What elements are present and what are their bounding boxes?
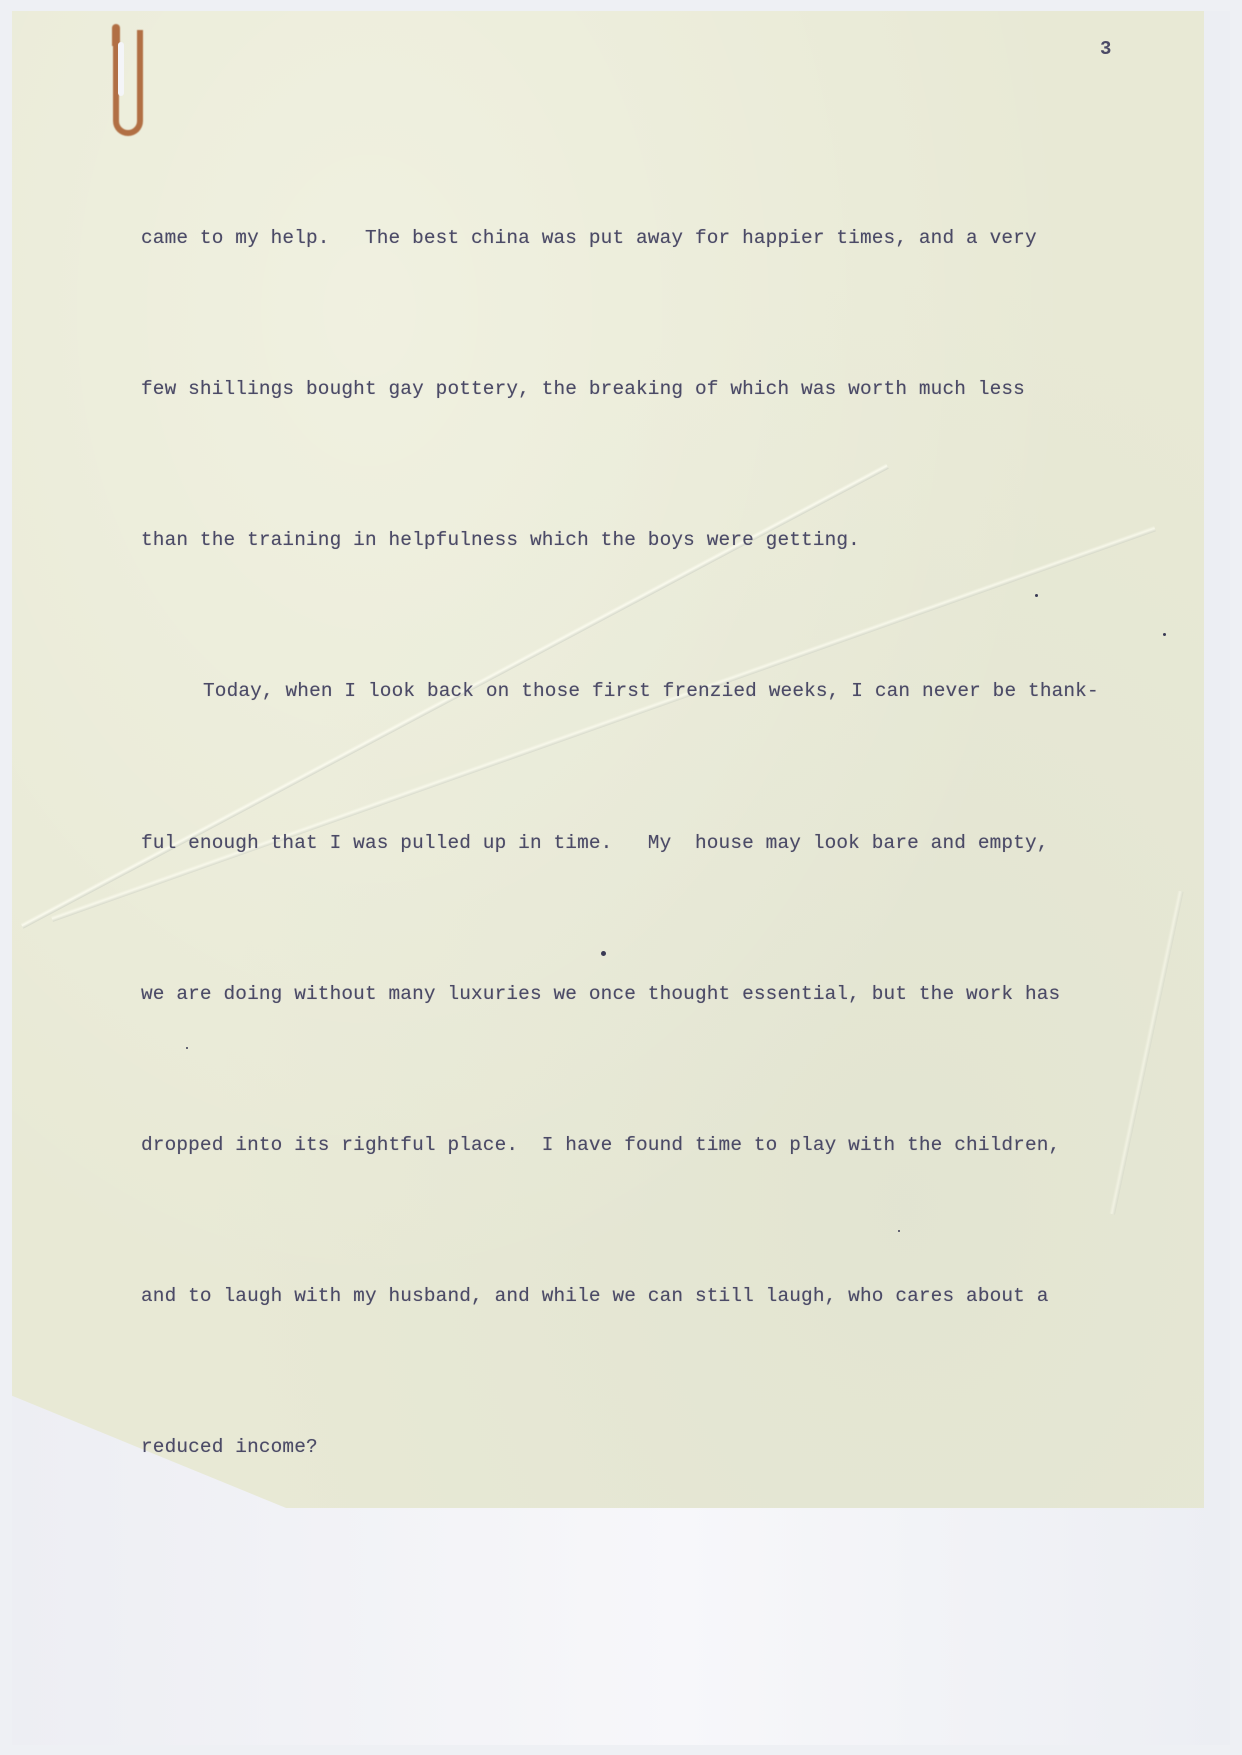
ink-speck xyxy=(1035,594,1038,597)
ink-speck xyxy=(1163,633,1166,636)
text-line-indented: Today, when I look back on those first f… xyxy=(141,666,1181,716)
text-line: and to laugh with my husband, and while … xyxy=(141,1271,1181,1321)
ink-speck xyxy=(601,951,606,956)
page-number: 3 xyxy=(1100,38,1111,60)
document-body: came to my help. The best china was put … xyxy=(141,112,1181,1523)
text-line: ful enough that I was pulled up in time.… xyxy=(141,818,1181,868)
paperclip-hole xyxy=(118,42,124,96)
text-line: dropped into its rightful place. I have … xyxy=(141,1120,1181,1170)
ink-speck xyxy=(186,1047,188,1049)
text-line: than the training in helpfulness which t… xyxy=(141,515,1181,565)
text-line: came to my help. The best china was put … xyxy=(141,213,1181,263)
text-line: few shillings bought gay pottery, the br… xyxy=(141,364,1181,414)
ink-speck xyxy=(898,1230,900,1232)
text-line: reduced income? xyxy=(141,1422,1181,1472)
text-line: we are doing without many luxuries we on… xyxy=(141,969,1181,1019)
